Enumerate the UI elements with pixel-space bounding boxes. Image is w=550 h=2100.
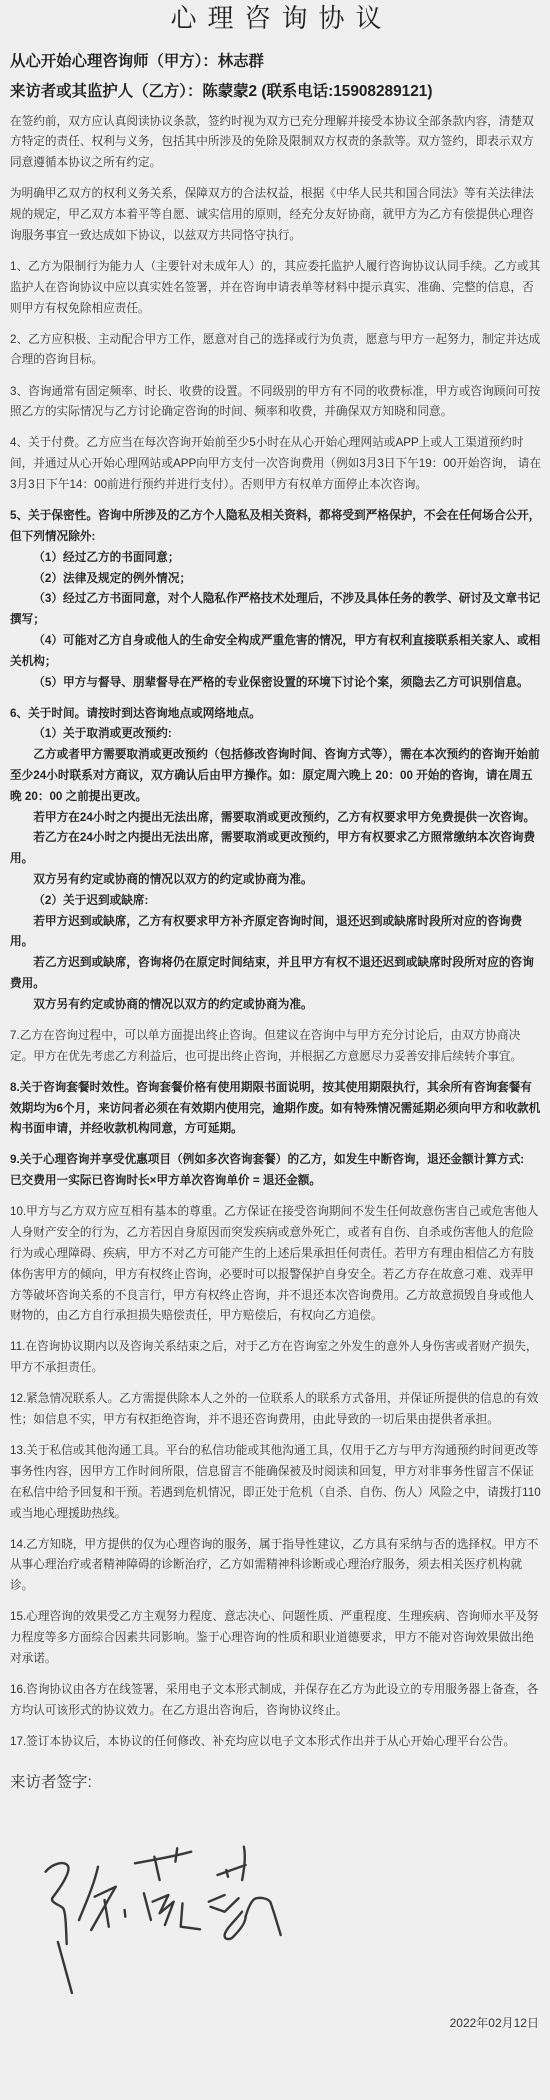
- cancellation-paragraph: 乙方或者甲方需要取消或更改预约（包括修改咨询时间、咨询方式等），需在本次预约的咨…: [10, 745, 542, 807]
- signature-date: 2022年02月12日: [10, 2013, 542, 2033]
- clause-16: 16.咨询协议由各方在线签署，采用电子文本形式制成，并保存在乙方为此设立的专用服…: [10, 1680, 542, 1722]
- confidentiality-exception: （3）经过乙方书面同意，对个人隐私作严格技术处理后，不涉及具体任务的教学、研讨及…: [10, 589, 542, 631]
- refund-formula: 已交费用一实际已咨询时长×甲方单次咨询单价 = 退还金额。: [10, 1171, 542, 1192]
- clause-13: 13.关于私信或其他沟通工具。平台的私信功能或其他沟通工具，仅用于乙方与甲方沟通…: [10, 1441, 542, 1524]
- clause-6-text: 6、关于时间。请按时到达咨询地点或网络地点。: [10, 704, 542, 725]
- lateness-paragraph: 若甲方迟到或缺席，乙方有权要求甲方补齐原定咨询时间，退还迟到或缺席时段所对应的咨…: [10, 912, 542, 954]
- confidentiality-exception: （1）经过乙方的书面同意；: [10, 548, 542, 569]
- clause-11: 11.在咨询协议期内以及咨询关系结束之后，对于乙方在咨询室之外发生的意外人身伤害…: [10, 1337, 542, 1379]
- party-b-client: 来访者或其监护人（乙方）：陈蒙蒙2 (联系电话:15908289121): [10, 77, 542, 107]
- clause-7: 7.乙方在咨询过程中，可以单方面提出终止咨询。但建议在咨询中与甲方充分讨论后，由…: [10, 1026, 542, 1068]
- document-title: 心理咨询协议: [10, 0, 542, 36]
- clause-4: 4、关于付费。乙方应当在每次咨询开始前至少5小时在从心开始心理网站或APP上或人…: [10, 433, 542, 495]
- clause-17: 17.签订本协议后，本协议的任何修改、补充均应以电子文本形式作出并于从心开始心理…: [10, 1732, 542, 1753]
- clause-14: 14.乙方知晓，甲方提供的仅为心理咨询的服务，属于指导性建议，乙方具有采纳与否的…: [10, 1535, 542, 1597]
- confidentiality-exception: （2）法律及规定的例外情况；: [10, 569, 542, 590]
- lateness-heading: （2）关于迟到或缺席:: [10, 891, 542, 912]
- handwritten-signature: [0, 1795, 550, 2005]
- cancellation-paragraph: 若甲方在24小时之内提出无法出席，需要取消或更改预约，乙方有权要求甲方免费提供一…: [10, 808, 542, 829]
- agreement-page: 心理咨询协议 从心开始心理咨询师（甲方）：林志群 来访者或其监护人（乙方）：陈蒙…: [0, 0, 550, 2033]
- clause-9-refund: 9.关于心理咨询并享受优惠项目（例如多次咨询套餐）的乙方，如发生中断咨询，退还金…: [10, 1150, 542, 1192]
- preamble-paragraph: 为明确甲乙双方的权利义务关系，保障双方的合法权益，根据《中华人民共和国合同法》等…: [10, 184, 542, 246]
- clause-12: 12.紧急情况联系人。乙方需提供除本人之外的一位联系人的联系方式备用，并保证所提…: [10, 1389, 542, 1431]
- clause-2: 2、乙方应积极、主动配合甲方工作，愿意对自己的选择或行为负责，愿意与甲方一起努力…: [10, 330, 542, 372]
- clause-6-timing: 6、关于时间。请按时到达咨询地点或网络地点。 （1）关于取消或更改预约: 乙方或…: [10, 704, 542, 1016]
- lateness-paragraph: 若乙方迟到或缺席，咨询将仍在原定时间结束，并且甲方有权不退还迟到或缺席时段所对应…: [10, 953, 542, 995]
- clause-8: 8.关于咨询套餐时效性。咨询套餐价格有使用期限书面说明，按其使用期限执行，其余所…: [10, 1078, 542, 1140]
- preamble-paragraph: 在签约前，双方应认真阅读协议条款，签约时视为双方已充分理解并接受本协议全部条款内…: [10, 112, 542, 174]
- confidentiality-exception: （5）甲方与督导、朋辈督导在严格的专业保密设置的环境下讨论个案，须隐去乙方可识别…: [10, 673, 542, 694]
- clause-5-text: 5、关于保密性。咨询中所涉及的乙方个人隐私及相关资料，都将受到严格保护，不会在任…: [10, 506, 542, 548]
- cancellation-heading: （1）关于取消或更改预约:: [10, 724, 542, 745]
- confidentiality-exception: （4）可能对乙方自身或他人的生命安全构成严重危害的情况，甲方有权利直接联系相关家…: [10, 631, 542, 673]
- lateness-paragraph: 双方另有约定或协商的情况以双方的约定或协商为准。: [10, 995, 542, 1016]
- clause-9-text: 9.关于心理咨询并享受优惠项目（例如多次咨询套餐）的乙方，如发生中断咨询，退还金…: [10, 1150, 542, 1171]
- party-a-counselor: 从心开始心理咨询师（甲方）：林志群: [10, 47, 542, 77]
- cancellation-paragraph: 双方另有约定或协商的情况以双方的约定或协商为准。: [10, 870, 542, 891]
- clause-15: 15.心理咨询的效果受乙方主观努力程度、意志决心、问题性质、严重程度、生理疾病、…: [10, 1607, 542, 1669]
- clause-3: 3、咨询通常有固定频率、时长、收费的设置。不同级别的甲方有不同的收费标准，甲方或…: [10, 382, 542, 424]
- clause-5-confidentiality: 5、关于保密性。咨询中所涉及的乙方个人隐私及相关资料，都将受到严格保护，不会在任…: [10, 506, 542, 693]
- clause-10: 10.甲方与乙方双方应互相有基本的尊重。乙方保证在接受咨询期间不发生任何故意伤害…: [10, 1202, 542, 1327]
- signature-label: 来访者签字:: [10, 1771, 542, 1795]
- clause-1: 1、乙方为限制行为能力人（主要针对未成年人）的，其应委托监护人履行咨询协议认同手…: [10, 257, 542, 319]
- cancellation-paragraph: 若乙方在24小时之内提出无法出席，需要取消或更改预约，甲方有权要求乙方照常缴纳本…: [10, 828, 542, 870]
